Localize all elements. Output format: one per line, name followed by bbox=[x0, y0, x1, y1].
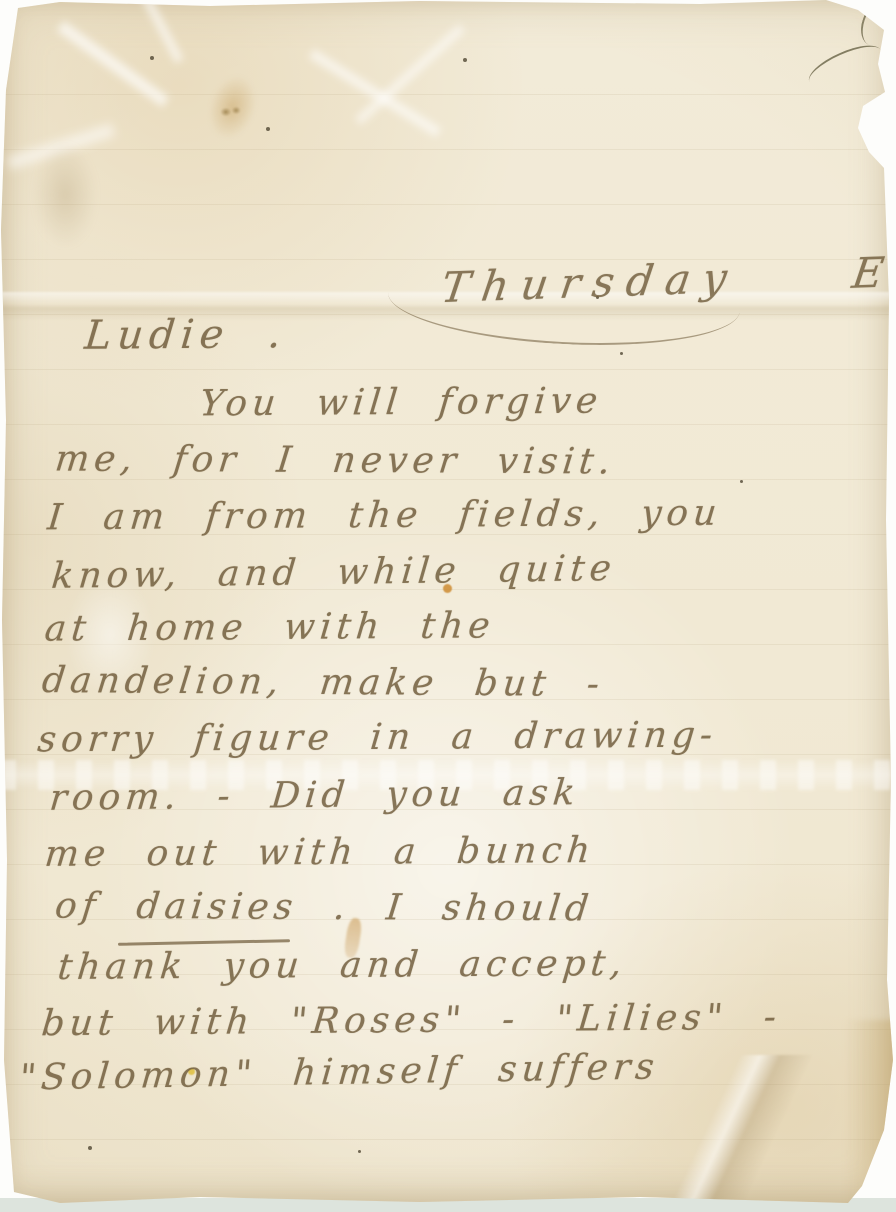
paper-speck bbox=[150, 56, 154, 60]
paper-speck bbox=[88, 1146, 92, 1150]
salutation: Ludie . bbox=[83, 314, 289, 355]
manuscript-line: of daisies . I should bbox=[53, 889, 595, 928]
manuscript-line: dandelion, make but - bbox=[40, 663, 606, 703]
paper-speck bbox=[463, 58, 467, 62]
manuscript-line: I am from the fields, you bbox=[46, 496, 723, 537]
date-line: Thursday Eve bbox=[439, 249, 896, 309]
manuscript-line: "Solomon" himself suffers bbox=[18, 1049, 661, 1096]
manuscript-line: sorry figure in a drawing- bbox=[36, 718, 719, 759]
manuscript-line: thank you and accept, bbox=[56, 946, 628, 986]
manuscript-line: You will forgive bbox=[198, 384, 604, 423]
paper-speck bbox=[358, 1150, 361, 1153]
paper-fiber bbox=[804, 37, 887, 94]
crease bbox=[132, 0, 183, 63]
stain bbox=[218, 104, 244, 120]
manuscript-line: room. - Did you ask bbox=[48, 775, 581, 817]
crease bbox=[844, 1020, 896, 1205]
manuscript-line: at home with the bbox=[43, 608, 496, 647]
paper-fiber bbox=[856, 0, 896, 49]
letter-paper-sheet: Thursday Eve Ludie . You will forgive me… bbox=[0, 0, 896, 1205]
manuscript-line: me, for I never visit. bbox=[53, 442, 617, 481]
manuscript-line: but with "Roses" - "Lilies" - bbox=[40, 1000, 783, 1042]
paper-speck bbox=[266, 127, 270, 131]
crease bbox=[355, 24, 465, 124]
manuscript-line: me out with a bunch bbox=[43, 833, 597, 873]
crease bbox=[309, 49, 442, 137]
stain bbox=[182, 54, 279, 171]
crease bbox=[57, 21, 169, 107]
manuscript-line: know, and while quite bbox=[50, 551, 618, 595]
crease bbox=[7, 123, 116, 169]
paper-speck bbox=[620, 352, 623, 355]
crease bbox=[20, 120, 110, 270]
paper-speck bbox=[740, 480, 743, 483]
